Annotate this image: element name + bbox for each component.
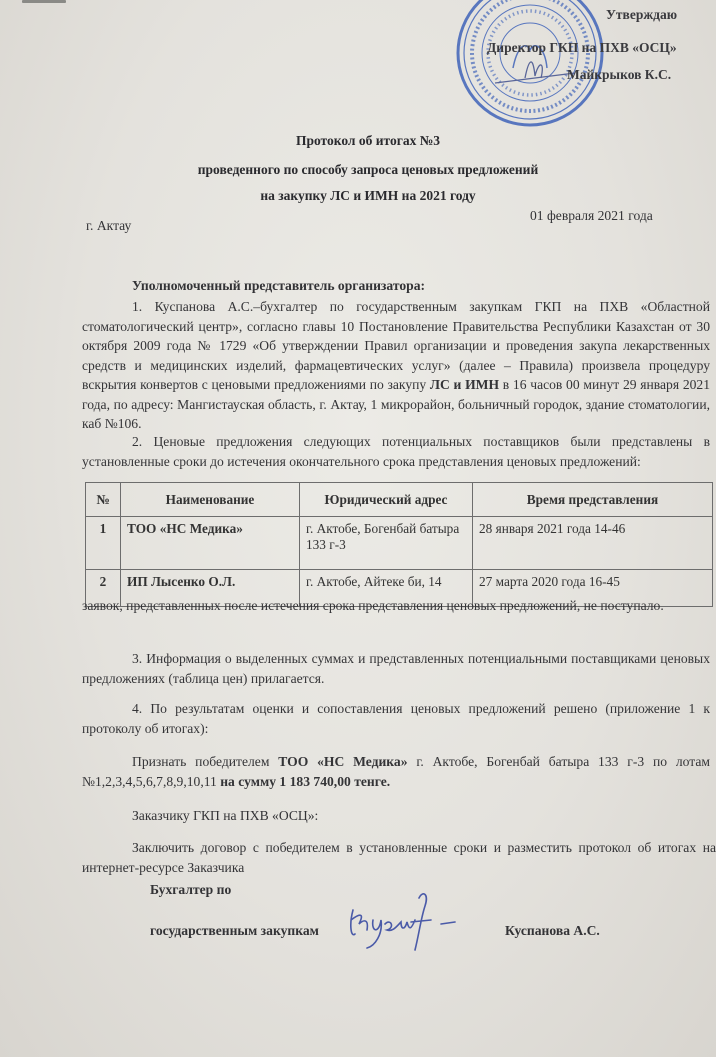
winner-amount: на сумму 1 183 740,00 тенге.: [220, 774, 390, 789]
header-name: Наименование: [121, 483, 300, 517]
header-address: Юридический адрес: [300, 483, 473, 517]
customer-instruction: Заключить договор с победителем в устано…: [82, 838, 716, 877]
customer-heading: Заказчику ГКП на ПХВ «ОСЦ»:: [132, 806, 318, 825]
place: г. Актау: [86, 216, 131, 235]
section-1-bold: ЛС и ИМН: [430, 377, 499, 392]
approval-label: Утверждаю: [606, 7, 677, 23]
table-row: 1 ТОО «НС Медика» г. Актобе, Богенбай ба…: [86, 517, 713, 570]
approval-position: Директор ГКП на ПХВ «ОСЦ»: [487, 40, 677, 56]
cell-name: ТОО «НС Медика»: [121, 517, 300, 570]
document-date: 01 февраля 2021 года: [530, 206, 653, 225]
header-time: Время представления: [473, 483, 713, 517]
official-stamp-icon: [455, 0, 605, 128]
document-subtitle-2: на закупку ЛС и ИМН на 2021 году: [10, 188, 716, 204]
organizer-heading: Уполномоченный представитель организатор…: [132, 276, 425, 295]
table-header-row: № Наименование Юридический адрес Время п…: [86, 483, 713, 517]
section-1: 1. Куспанова А.С.–бухгалтер по государст…: [82, 297, 710, 434]
section-3: 3. Информация о выделенных суммах и пред…: [82, 649, 710, 688]
winner-prefix: Признать победителем: [132, 754, 278, 769]
staple: [22, 0, 66, 3]
section-4: 4. По результатам оценки и сопоставления…: [82, 699, 710, 738]
section-2: 2. Ценовые предложения следующих потенци…: [82, 432, 710, 471]
late-applications-note: заявок, представленных после истечения с…: [82, 596, 710, 616]
approval-name: Майкрыков К.С.: [567, 67, 671, 83]
signature-icon: [345, 890, 475, 960]
header-num: №: [86, 483, 121, 517]
cell-address: г. Актобе, Богенбай батыра 133 г-3: [300, 517, 473, 570]
document-page: Утверждаю Директор ГКП на ПХВ «ОСЦ» Майк…: [0, 0, 716, 1057]
document-subtitle-1: проведенного по способу запроса ценовых …: [10, 162, 716, 178]
document-title: Протокол об итогах №3: [10, 133, 716, 149]
signatory-position-1: Бухгалтер по: [150, 880, 231, 899]
winner-decision: Признать победителем ТОО «НС Медика» г. …: [82, 752, 710, 791]
suppliers-table: № Наименование Юридический адрес Время п…: [85, 482, 713, 607]
winner-name: ТОО «НС Медика»: [278, 754, 407, 769]
cell-time: 28 января 2021 года 14-46: [473, 517, 713, 570]
signatory-name: Куспанова А.С.: [505, 921, 600, 940]
cell-num: 1: [86, 517, 121, 570]
signatory-position-2: государственным закупкам: [150, 921, 319, 940]
